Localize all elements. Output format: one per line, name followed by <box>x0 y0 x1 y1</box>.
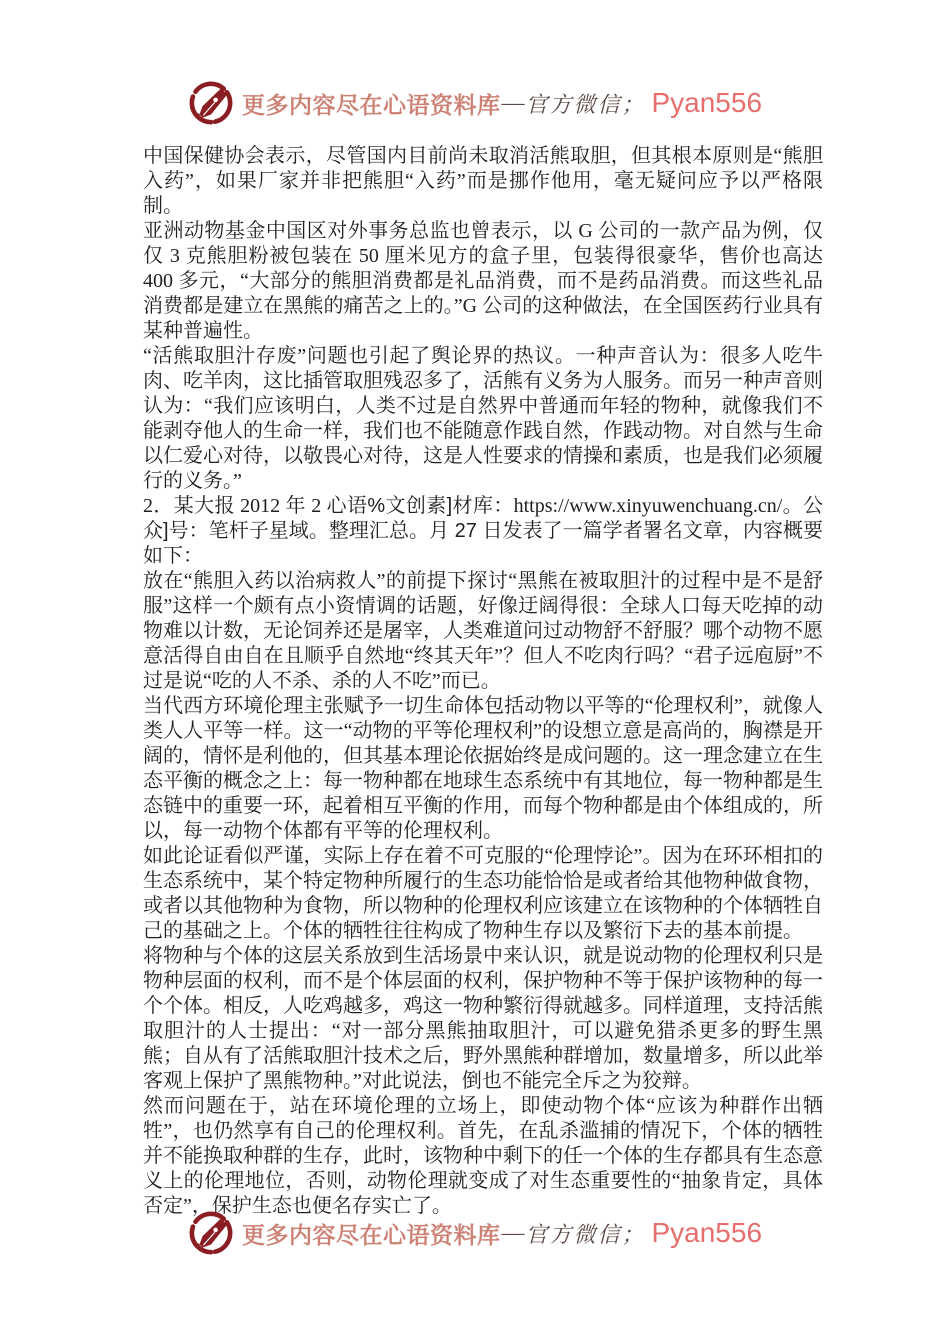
source-url: https://www.xinyuwenchuang.cn/ <box>514 495 783 517</box>
paragraph-comfort-question: 放在“熊胆入药以治病救人”的前提下探讨“黑熊在被取胆汁的过程中是不是舒服”这样一… <box>143 569 823 694</box>
footer-watermark: 更多内容尽在心语资料库—官方微信；Pyan556 <box>0 1210 950 1256</box>
inline-watermark-text: 心语%文创素]材库： <box>327 495 514 517</box>
watermark-brand-text: 更多内容尽在心语资料库 <box>242 87 501 120</box>
paragraph-ethical-paradox: 如此论证看似严谨，实际上存在着不可克服的“伦理悖论”。因为在环环相扣的生态系统中… <box>143 844 823 944</box>
paragraph-asia-animal-fund: 亚洲动物基金中国区对外事务总监也曾表示，以 G 公司的一款产品为例，仅仅 3 克… <box>143 219 823 344</box>
paragraph-public-debate: “活熊取胆汁存废”问题也引起了舆论界的热议。一种声音认为：很多人吃牛肉、吃羊肉，… <box>143 344 823 494</box>
header-watermark: 更多内容尽在心语资料库—官方微信；Pyan556 <box>0 80 950 126</box>
paragraph-western-ethics: 当代西方环境伦理主张赋予一切生命体包括动物以平等的“伦理权利”，就像人类人人平等… <box>143 694 823 844</box>
pen-nib-logo-icon <box>188 80 234 126</box>
watermark-dash: — <box>501 90 524 116</box>
paragraph-source-line: 2．某大报 2012 年 2 心语%文创素]材库：https://www.xin… <box>143 494 823 569</box>
pen-nib-logo-icon <box>188 1210 234 1256</box>
watermark-dash: — <box>501 1220 524 1246</box>
wechat-id: Pyan556 <box>651 87 762 119</box>
paragraph-species-vs-individual: 将物种与个体的这层关系放到生活场景中来认识，就是说动物的伦理权利只是物种层面的权… <box>143 944 823 1094</box>
wechat-id: Pyan556 <box>651 1217 762 1249</box>
wechat-label: 官方微信； <box>525 1218 645 1249</box>
paragraph-conclusion: 然而问题在于，站在环境伦理的立场上，即使动物个体“应该为种群作出牺牲”，也仍然享… <box>143 1094 823 1219</box>
watermark-brand-text: 更多内容尽在心语资料库 <box>242 1217 501 1250</box>
wechat-label: 官方微信； <box>525 88 645 119</box>
document-page: 更多内容尽在心语资料库—官方微信；Pyan556 中国保健协会表示，尽管国内目前… <box>0 0 950 1344</box>
document-body: 中国保健协会表示，尽管国内目前尚未取消活熊取胆，但其根本原则是“熊胆入药”，如果… <box>143 144 823 1219</box>
paragraph-health-association: 中国保健协会表示，尽管国内目前尚未取消活熊取胆，但其根本原则是“熊胆入药”，如果… <box>143 144 823 219</box>
source-prefix: 2．某大报 2012 年 2 <box>143 495 327 517</box>
